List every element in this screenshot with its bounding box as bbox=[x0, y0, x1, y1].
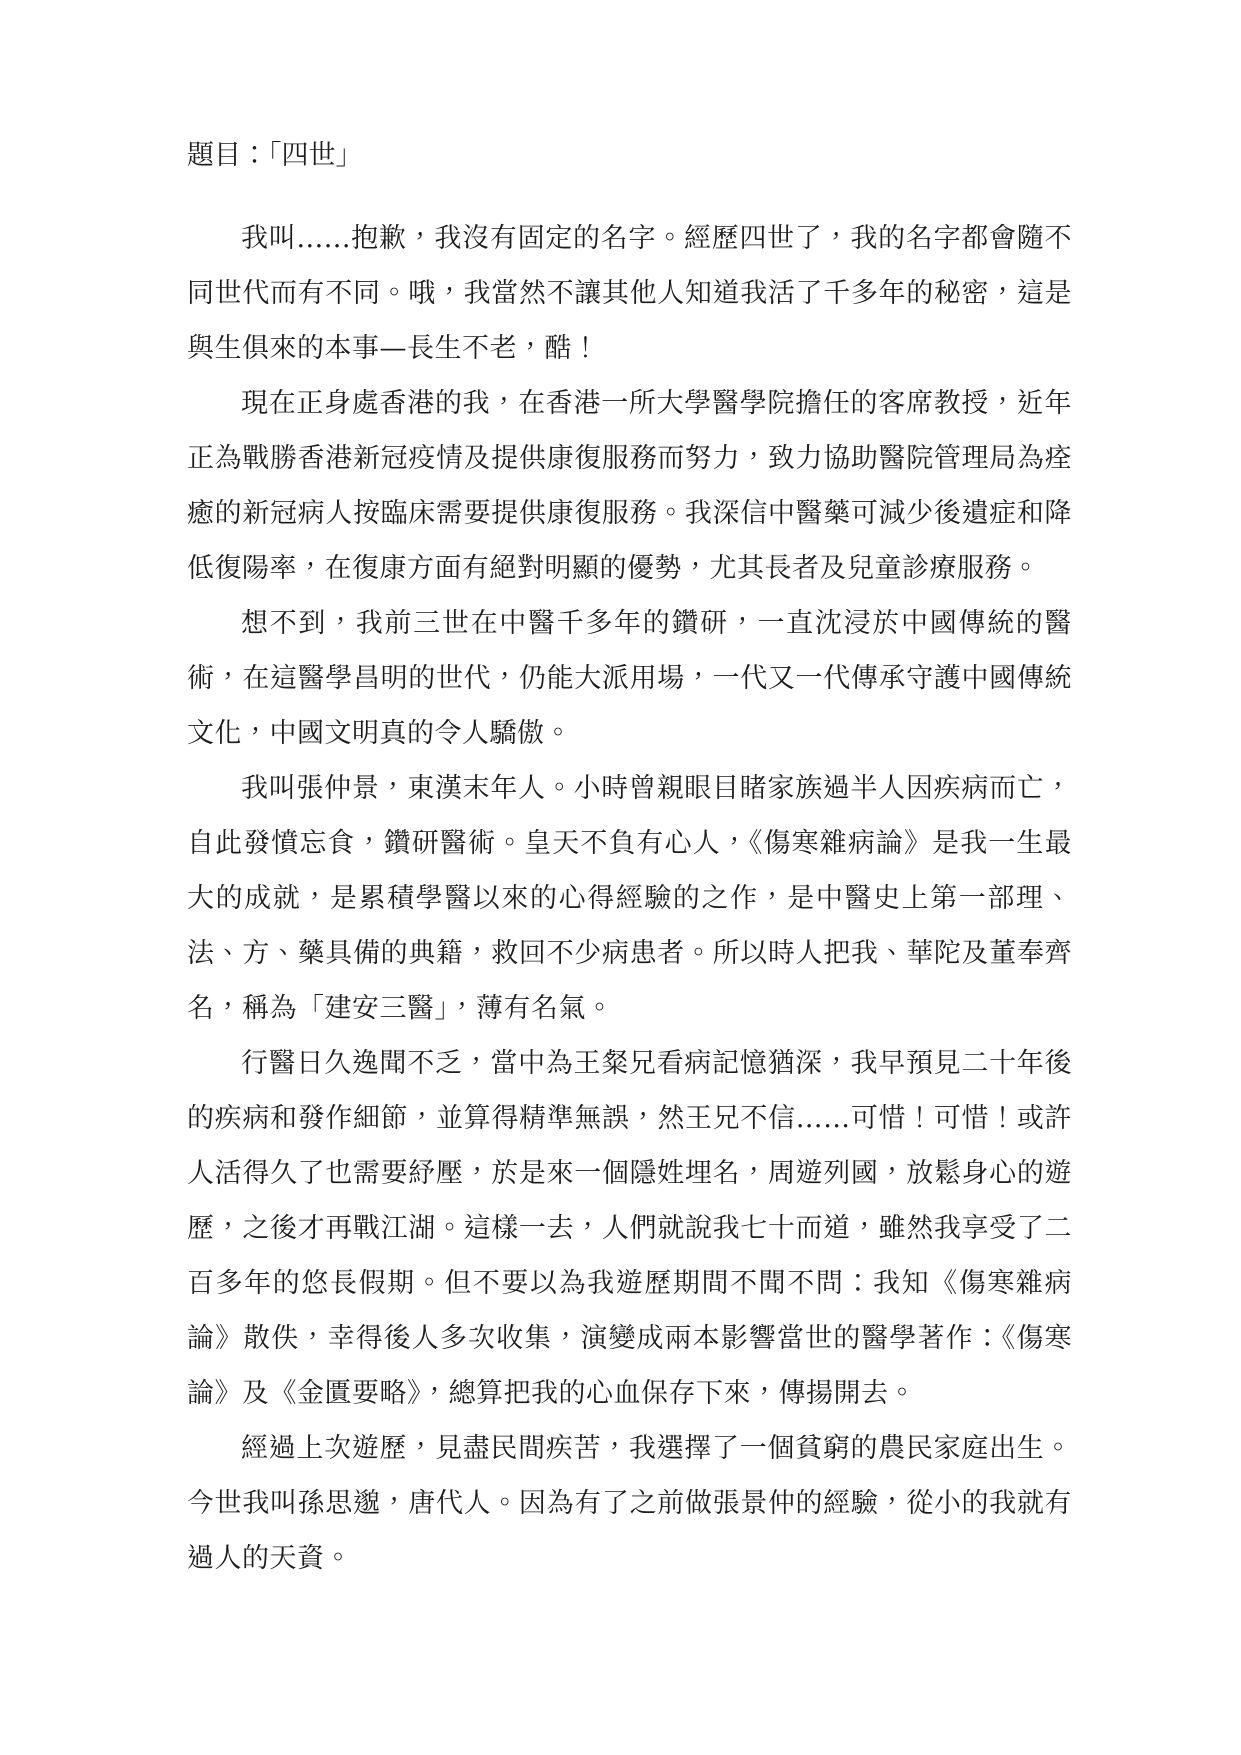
essay-paragraph-1: 我叫......抱歉，我沒有固定的名字。經歷四世了，我的名字都會隨不同世代而有不… bbox=[187, 211, 1072, 376]
document-content: 題目：「四世」 我叫......抱歉，我沒有固定的名字。經歷四世了，我的名字都會… bbox=[187, 128, 1072, 1586]
document-page: 題目：「四世」 我叫......抱歉，我沒有固定的名字。經歷四世了，我的名字都會… bbox=[0, 0, 1241, 1755]
essay-paragraph-3: 想不到，我前三世在中醫千多年的鑽研，一直沈浸於中國傳統的醫術，在這醫學昌明的世代… bbox=[187, 596, 1072, 761]
essay-paragraph-4: 我叫張仲景，東漢末年人。小時曾親眼目睹家族過半人因疾病而亡，自此發憤忘食，鑽研醫… bbox=[187, 761, 1072, 1036]
essay-paragraph-2: 現在正身處香港的我，在香港一所大學醫學院擔任的客席教授，近年正為戰勝香港新冠疫情… bbox=[187, 376, 1072, 596]
essay-paragraph-6: 經過上次遊歷，見盡民間疾苦，我選擇了一個貧窮的農民家庭出生。今世我叫孫思邈，唐代… bbox=[187, 1421, 1072, 1586]
essay-paragraph-5: 行醫日久逸聞不乏，當中為王粲兄看病記憶猶深，我早預見二十年後的疾病和發作細節，並… bbox=[187, 1036, 1072, 1421]
essay-title: 題目：「四世」 bbox=[187, 128, 1072, 183]
